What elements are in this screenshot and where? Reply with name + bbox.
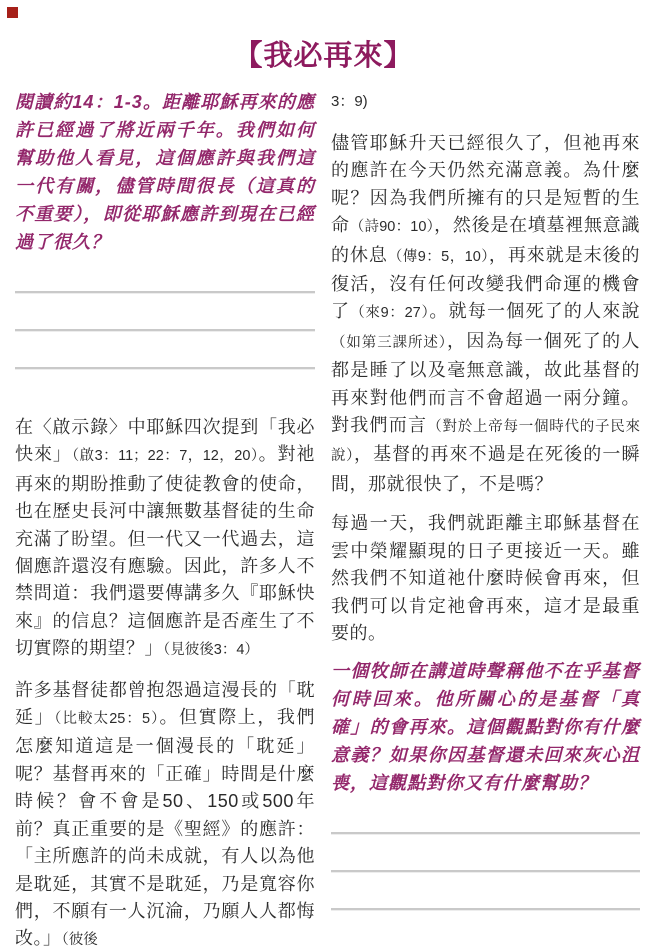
- left-column: 閱讀約14：1-3。距離耶穌再來的應許已經過了將近兩千年。我們如何幫助他人看見，…: [15, 88, 315, 952]
- body-paragraph: 每過一天，我們就距離主耶穌基督在雲中榮耀顯現的日子更接近一天。雖然我們不知道祂什…: [331, 510, 640, 647]
- answer-write-line: [331, 870, 640, 873]
- scripture-citation: （詩90：10）: [350, 219, 434, 235]
- paragraph-text: 每過一天，我們就距離主耶穌基督在雲中榮耀顯現的日子更接近一天。雖然我們不知道祂什…: [331, 513, 640, 643]
- citation-continuation: 3：9): [331, 88, 640, 115]
- answer-lines-left: [15, 291, 315, 370]
- answer-write-line: [15, 291, 315, 294]
- body-paragraph: 在〈啟示錄〉中耶穌四次提到「我必快來」（啟3：11；22：7，12，20）。對祂…: [15, 414, 315, 665]
- scripture-citation: （來9：27）: [350, 305, 429, 321]
- scripture-citation: （啟3：11；22：7，12，20）: [72, 448, 259, 464]
- paragraph-text: 。對祂再來的期盼推動了使徒教會的使命，也在歷史長河中讓無數基督徒的生命充滿了盼望…: [15, 444, 315, 658]
- answer-lines-right: [331, 832, 640, 911]
- closing-question: 一個牧師在講道時聲稱他不在乎基督何時回來。他所關心的是基督「真確」的會再來。這個…: [331, 657, 640, 797]
- lesson-document-page: 【我必再來】 閱讀約14：1-3。距離耶穌再來的應許已經過了將近兩千年。我們如何…: [0, 0, 647, 952]
- page-title: 【我必再來】: [0, 33, 647, 74]
- red-square-icon: [7, 7, 18, 18]
- paragraph-text: 。就每一個死了的人來說: [429, 301, 640, 321]
- answer-write-line: [15, 329, 315, 332]
- right-column: 3：9) 儘管耶穌升天已經很久了，但祂再來的應許在今天仍然充滿意義。為什麼呢？因…: [331, 88, 640, 911]
- answer-write-line: [331, 908, 640, 911]
- body-paragraph: 儘管耶穌升天已經很久了，但祂再來的應許在今天仍然充滿意義。為什麼呢？因為我們所擁…: [331, 130, 640, 498]
- paragraph-text: ，基督的再來不過是在死後的一瞬間，那就很快了，不是嗎？: [331, 444, 640, 493]
- scripture-citation: （如第三課所述）: [331, 335, 447, 351]
- answer-write-line: [331, 832, 640, 835]
- body-paragraph: 許多基督徒都曾抱怨過這漫長的「耽延」（比較太25：5）。但實際上，我們怎麼知道這…: [15, 677, 315, 952]
- paragraph-text: 。但實際上，我們怎麼知道這是一個漫長的「耽延」呢？基督再來的「正確」時間是什麼時…: [15, 707, 315, 948]
- scripture-citation: （比較太25：5）: [54, 711, 159, 727]
- scripture-citation: （見彼後3：4）: [163, 642, 259, 658]
- answer-write-line: [15, 367, 315, 370]
- intro-question: 閱讀約14：1-3。距離耶穌再來的應許已經過了將近兩千年。我們如何幫助他人看見，…: [15, 88, 315, 256]
- scripture-citation: （彼後: [62, 932, 98, 948]
- scripture-citation: （傳9：5，10）: [388, 249, 489, 265]
